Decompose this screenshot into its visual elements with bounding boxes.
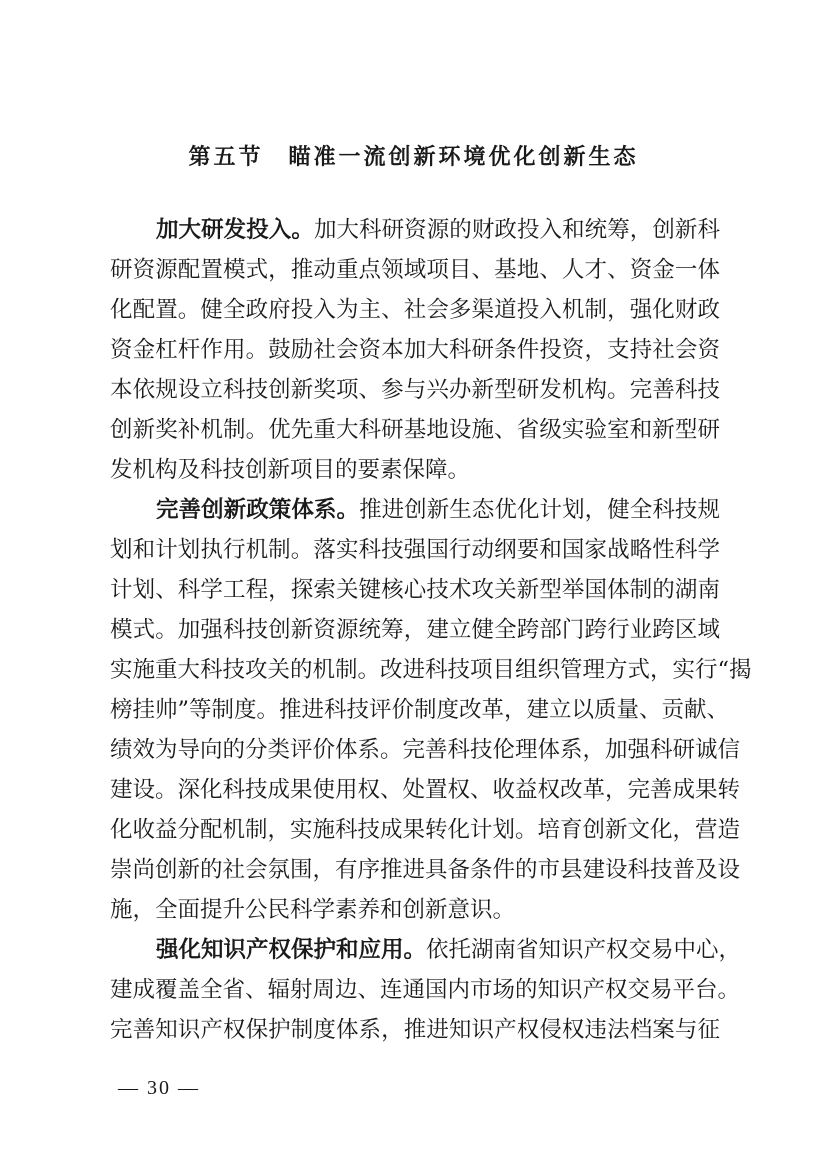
section-title: 第五节 瞄准一流创新环境优化创新生态: [0, 140, 827, 171]
paragraph-2-line-10: 崇尚创新的社会氛围，有序推进具备条件的市县建设科技普及设: [110, 850, 720, 890]
document-page: 第五节 瞄准一流创新环境优化创新生态 加大研发投入。加大科研资源的财政投入和统筹…: [0, 0, 827, 1169]
paragraph-3-line-1: 强化知识产权保护和应用。依托湖南省知识产权交易中心，: [110, 930, 720, 970]
paragraph-1-line-6: 创新奖补机制。优先重大科研基地设施、省级实验室和新型研: [110, 410, 720, 450]
paragraph-3-lead: 强化知识产权保护和应用。: [156, 937, 426, 963]
paragraph-2-line-9: 化收益分配机制，实施科技成果转化计划。培育创新文化，营造: [110, 810, 720, 850]
paragraph-2-line-7: 绩效为导向的分类评价体系。完善科技伦理体系，加强科研诚信: [110, 730, 720, 770]
paragraph-2-line-5: 实施重大科技攻关的机制。改进科技项目组织管理方式，实行“揭: [110, 650, 720, 690]
paragraph-1-lead: 加大研发投入。: [156, 217, 314, 243]
page-number: — 30 —: [118, 1077, 200, 1100]
paragraph-3-line-3: 完善知识产权保护制度体系，推进知识产权侵权违法档案与征: [110, 1010, 720, 1050]
paragraph-2-line-4: 模式。加强科技创新资源统筹，建立健全跨部门跨行业跨区域: [110, 610, 720, 650]
paragraph-2-lead: 完善创新政策体系。: [156, 497, 359, 523]
paragraph-2-line-8: 建设。深化科技成果使用权、处置权、收益权改革，完善成果转: [110, 770, 720, 810]
paragraph-1-line-5: 本依规设立科技创新奖项、参与兴办新型研发机构。完善科技: [110, 370, 720, 410]
paragraph-3-line-2: 建成覆盖全省、辐射周边、连通国内市场的知识产权交易平台。: [110, 970, 720, 1010]
paragraph-1-line-2: 研资源配置模式，推动重点领域项目、基地、人才、资金一体: [110, 250, 720, 290]
paragraph-2-line-2: 划和计划执行机制。落实科技强国行动纲要和国家战略性科学: [110, 530, 720, 570]
paragraph-2-line-6: 榜挂帅”等制度。推进科技评价制度改革，建立以质量、贡献、: [110, 690, 720, 730]
paragraph-1-line-4: 资金杠杆作用。鼓励社会资本加大科研条件投资，支持社会资: [110, 330, 720, 370]
body-text: 加大研发投入。加大科研资源的财政投入和统筹，创新科 研资源配置模式，推动重点领域…: [110, 210, 720, 1050]
paragraph-1-line-1: 加大研发投入。加大科研资源的财政投入和统筹，创新科: [110, 210, 720, 250]
paragraph-1-line-7: 发机构及科技创新项目的要素保障。: [110, 450, 720, 490]
paragraph-2-line-1: 完善创新政策体系。推进创新生态优化计划，健全科技规: [110, 490, 720, 530]
paragraph-2-line-11: 施，全面提升公民科学素养和创新意识。: [110, 890, 720, 930]
paragraph-1-line-3: 化配置。健全政府投入为主、社会多渠道投入机制，强化财政: [110, 290, 720, 330]
paragraph-2-line-3: 计划、科学工程，探索关键核心技术攻关新型举国体制的湖南: [110, 570, 720, 610]
